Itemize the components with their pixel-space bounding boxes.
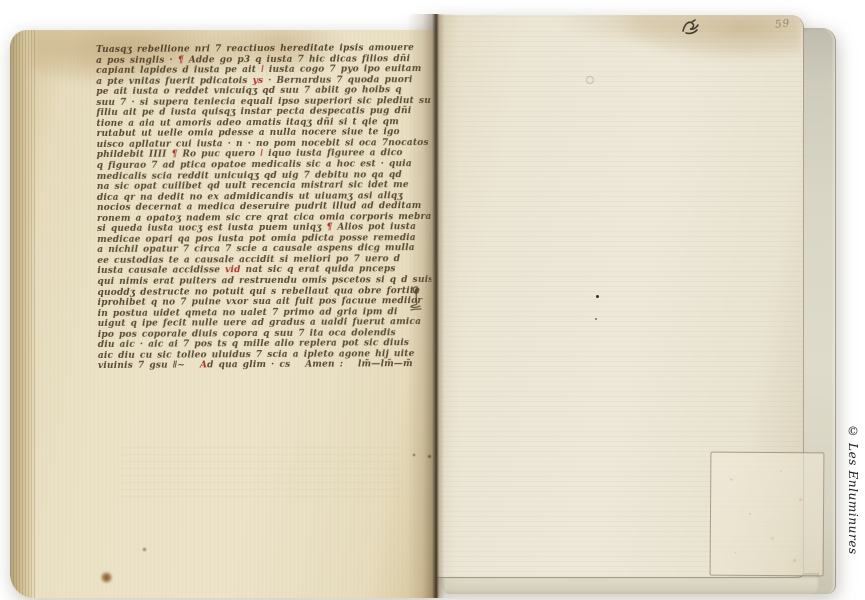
ink-speck [596, 295, 599, 298]
left-page-text: Tuasqʒ rebellione nri 7 reactiuos heredi… [10, 30, 437, 598]
text-showthrough [120, 447, 400, 499]
wormhole-speck [412, 453, 416, 457]
folio-number: 59 [774, 17, 791, 31]
repair-patch [710, 452, 825, 577]
stain-dot [100, 572, 113, 583]
catchword-mark-icon [408, 283, 424, 315]
quire-mark-icon [680, 17, 702, 39]
copyright-credit: © Les Enluminures [840, 424, 860, 600]
ink-speck [595, 318, 597, 320]
page-edges-left [10, 30, 36, 598]
manuscript-text: Tuasqʒ rebellione nri 7 reactiuos heredi… [96, 43, 432, 379]
manuscript-photo: 59 Tuasqʒ rebellione nri 7 reactiuos her… [0, 0, 865, 600]
stain-top-right [532, 15, 802, 63]
open-book: 59 Tuasqʒ rebellione nri 7 reactiuos her… [0, 0, 865, 600]
manuscript-line: viuinis 7 gsu ǁ~ Ad qua glim · cs Amen :… [98, 359, 432, 372]
wormhole-speck [427, 454, 432, 459]
paper-blemish-ring [586, 76, 594, 84]
stain-dot [142, 547, 147, 552]
